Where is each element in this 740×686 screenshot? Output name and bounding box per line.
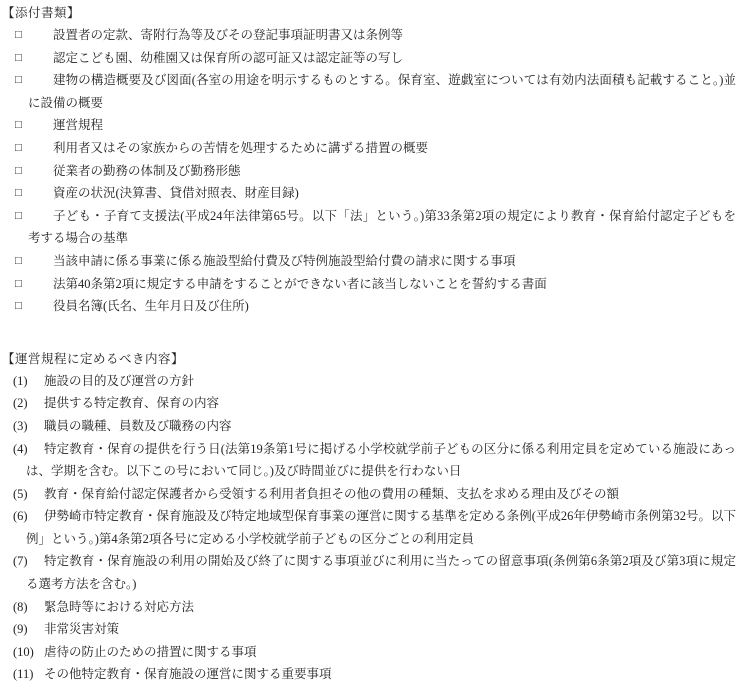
item-text-line: その他特定教育・保育施設の運営に関する重要事項 — [44, 663, 740, 686]
item-text-line: 運営規程 — [53, 114, 740, 137]
item-text-line: 従業者の勤務の体制及び勤務形態 — [53, 160, 740, 183]
item-text-line: 例」という。)第4条第2項各号に定める小学校就学前子どもの区分ごとの利用定員 — [26, 528, 740, 551]
item-text-line: 当該申請に係る事業に係る施設型給付費及び特例施設型給付費の請求に関する事項 — [53, 250, 740, 273]
item-text-line: 緊急時等における対応方法 — [44, 596, 740, 619]
checklist-item: □法第40条第2項に規定する申請をすることができない者に該当しないことを誓約する… — [0, 273, 740, 296]
checkbox[interactable]: □ — [15, 182, 22, 205]
numbered-item: (9)非常災害対策 — [0, 618, 740, 641]
item-text-line: 利用者又はその家族からの苦情を処理するために講ずる措置の概要 — [53, 137, 740, 160]
document-page: 【添付書類】□設置者の定款、寄附行為等及びその登記事項証明書又は条例等□認定こど… — [0, 3, 740, 686]
checkbox[interactable]: □ — [15, 205, 22, 228]
checklist-item: □認定こども園、幼稚園又は保育所の認可証又は認定証等の写し — [0, 47, 740, 70]
numbered-item: (3)職員の職種、員数及び職務の内容 — [0, 415, 740, 438]
item-text-line: 職員の職種、員数及び職務の内容 — [44, 415, 740, 438]
checkbox[interactable]: □ — [15, 24, 22, 47]
numbered-item: (6)伊勢崎市特定教育・保育施設及び特定地域型保育事業の運営に関する基準を定める… — [0, 505, 740, 550]
item-number: (2) — [13, 392, 28, 415]
checklist-item: □従業者の勤務の体制及び勤務形態 — [0, 160, 740, 183]
item-text-line: 役員名簿(氏名、生年月日及び住所) — [53, 295, 740, 318]
item-text-line: 建物の構造概要及び図面(各室の用途を明示するものとする。保育室、遊戯室については… — [53, 69, 736, 92]
item-text-line: 伊勢崎市特定教育・保育施設及び特定地域型保育事業の運営に関する基準を定める条例(… — [44, 505, 736, 528]
checkbox[interactable]: □ — [15, 273, 22, 296]
numbered-item: (10)虐待の防止のための措置に関する事項 — [0, 641, 740, 664]
item-text-line: 特定教育・保育施設の利用の開始及び終了に関する事項並びに利用に当たっての留意事項… — [44, 550, 736, 573]
item-number: (9) — [13, 618, 28, 641]
item-number: (3) — [13, 415, 28, 438]
checklist-item: □役員名簿(氏名、生年月日及び住所) — [0, 295, 740, 318]
item-text-line: 虐待の防止のための措置に関する事項 — [44, 641, 740, 664]
item-text-line: 子ども・子育て支援法(平成24年法律第65号。以下「法」という。)第33条第2項… — [53, 205, 736, 228]
item-number: (4) — [13, 438, 28, 461]
checklist-item: □運営規程 — [0, 114, 740, 137]
checklist-item: □当該申請に係る事業に係る施設型給付費及び特例施設型給付費の請求に関する事項 — [0, 250, 740, 273]
numbered-item: (11)その他特定教育・保育施設の運営に関する重要事項 — [0, 663, 740, 686]
item-text-line: 施設の目的及び運営の方針 — [44, 370, 740, 393]
item-text-line: 認定こども園、幼稚園又は保育所の認可証又は認定証等の写し — [53, 47, 740, 70]
item-text-line: 提供する特定教育、保育の内容 — [44, 392, 740, 415]
checkbox[interactable]: □ — [15, 137, 22, 160]
numbered-item: (8)緊急時等における対応方法 — [0, 596, 740, 619]
item-text-line: 法第40条第2項に規定する申請をすることができない者に該当しないことを誓約する書… — [53, 273, 740, 296]
item-text-line: 設置者の定款、寄附行為等及びその登記事項証明書又は条例等 — [53, 24, 740, 47]
section-title: 【運営規程に定めるべき内容】 — [2, 349, 740, 370]
checkbox[interactable]: □ — [15, 250, 22, 273]
numbered-item: (1)施設の目的及び運営の方針 — [0, 370, 740, 393]
checkbox[interactable]: □ — [15, 69, 22, 92]
numbered-item: (5)教育・保育給付認定保護者から受領する利用者負担その他の費用の種類、支払を求… — [0, 483, 740, 506]
checkbox[interactable]: □ — [15, 47, 22, 70]
checkbox[interactable]: □ — [15, 295, 22, 318]
numbered-item: (2)提供する特定教育、保育の内容 — [0, 392, 740, 415]
item-text-line: 資産の状況(決算書、貸借対照表、財産目録) — [53, 182, 740, 205]
item-text-line: は、学期を含む。以下この号において同じ。)及び時間並びに提供を行わない日 — [26, 460, 740, 483]
item-number: (8) — [13, 596, 28, 619]
numbered-item: (7)特定教育・保育施設の利用の開始及び終了に関する事項並びに利用に当たっての留… — [0, 550, 740, 595]
item-number: (6) — [13, 505, 28, 528]
item-number: (7) — [13, 550, 28, 573]
section-title: 【添付書類】 — [2, 3, 740, 24]
checklist-item: □資産の状況(決算書、貸借対照表、財産目録) — [0, 182, 740, 205]
item-text-line: 考する場合の基準 — [28, 227, 740, 250]
numbered-item: (4)特定教育・保育の提供を行う日(法第19条第1号に掲げる小学校就学前子どもの… — [0, 438, 740, 483]
attachments-section: 【添付書類】□設置者の定款、寄附行為等及びその登記事項証明書又は条例等□認定こど… — [0, 3, 740, 318]
checklist-item: □建物の構造概要及び図面(各室の用途を明示するものとする。保育室、遊戯室について… — [0, 69, 740, 114]
operating-rules-section: 【運営規程に定めるべき内容】(1)施設の目的及び運営の方針(2)提供する特定教育… — [0, 349, 740, 686]
checkbox[interactable]: □ — [15, 160, 22, 183]
item-text-line: 特定教育・保育の提供を行う日(法第19条第1号に掲げる小学校就学前子どもの区分に… — [44, 438, 736, 461]
item-text-line: に設備の概要 — [28, 92, 740, 115]
checklist-item: □利用者又はその家族からの苦情を処理するために講ずる措置の概要 — [0, 137, 740, 160]
checklist-item: □子ども・子育て支援法(平成24年法律第65号。以下「法」という。)第33条第2… — [0, 205, 740, 250]
item-number: (11) — [13, 663, 33, 686]
item-number: (5) — [13, 483, 28, 506]
checkbox[interactable]: □ — [15, 114, 22, 137]
item-text-line: 教育・保育給付認定保護者から受領する利用者負担その他の費用の種類、支払を求める理… — [44, 483, 740, 506]
item-number: (1) — [13, 370, 28, 393]
item-number: (10) — [13, 641, 34, 664]
item-text-line: る選考方法を含む。) — [26, 573, 740, 596]
item-text-line: 非常災害対策 — [44, 618, 740, 641]
checklist-item: □設置者の定款、寄附行為等及びその登記事項証明書又は条例等 — [0, 24, 740, 47]
